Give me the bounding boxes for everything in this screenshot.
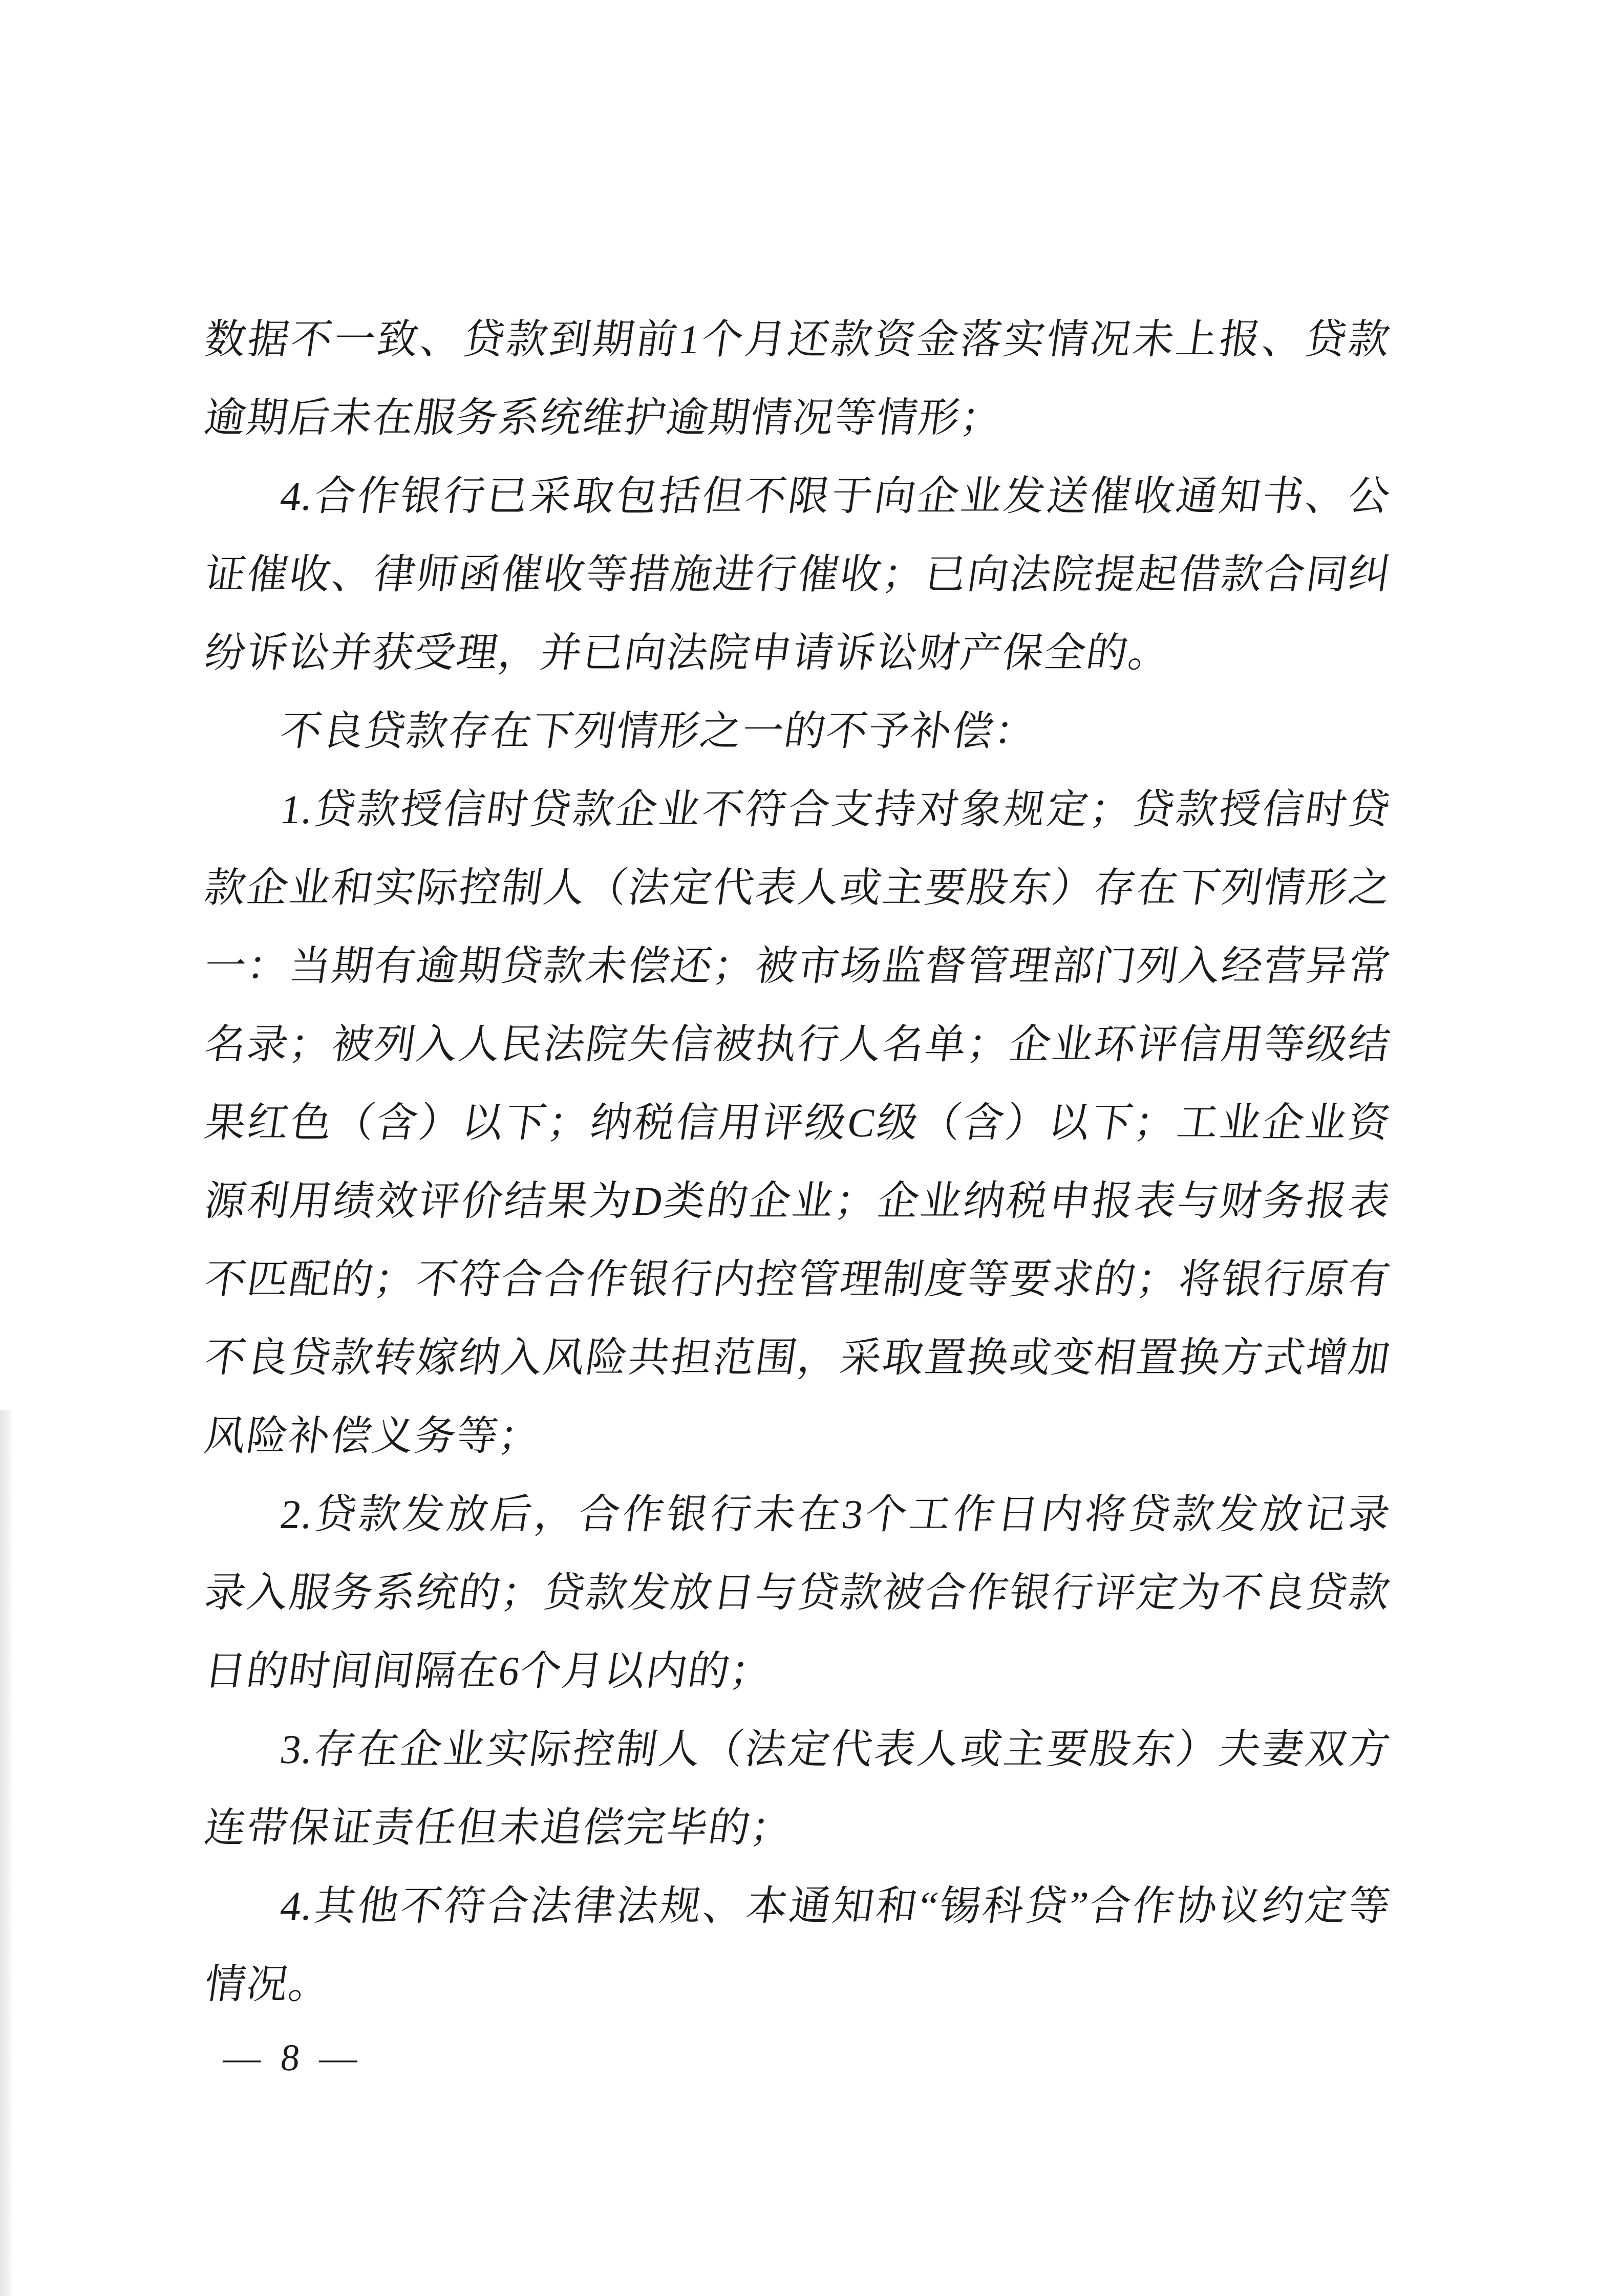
- text-line: 数据不一致、贷款到期前1个月还款资金落实情况未上报、贷款: [199, 301, 1396, 379]
- text-line: 果红色（含）以下；纳税信用评级C级（含）以下；工业企业资: [199, 1084, 1396, 1163]
- text-line: 不良贷款存在下列情形之一的不予补偿：: [199, 693, 1396, 771]
- text-line: 4.合作银行已采取包括但不限于向企业发送催收通知书、公: [199, 458, 1396, 536]
- body-text: 数据不一致、贷款到期前1个月还款资金落实情况未上报、贷款逾期后未在服务系统维护逾…: [204, 301, 1390, 2024]
- text-line: 不良贷款转嫁纳入风险共担范围，采取置换或变相置换方式增加: [199, 1319, 1396, 1398]
- text-line: 纷诉讼并获受理，并已向法院申请诉讼财产保全的。: [199, 614, 1396, 693]
- text-line: 3.存在企业实际控制人（法定代表人或主要股东）夫妻双方: [199, 1711, 1396, 1789]
- text-line: 证催收、律师函催收等措施进行催收；已向法院提起借款合同纠: [199, 536, 1396, 614]
- text-line: 一：当期有逾期贷款未偿还；被市场监督管理部门列入经营异常: [199, 928, 1396, 1006]
- text-line: 1.贷款授信时贷款企业不符合支持对象规定；贷款授信时贷: [199, 771, 1396, 849]
- text-line: 款企业和实际控制人（法定代表人或主要股东）存在下列情形之: [199, 849, 1396, 928]
- text-line: 4.其他不符合法律法规、本通知和“锡科贷”合作协议约定等: [199, 1868, 1396, 1946]
- text-line: 不匹配的；不符合合作银行内控管理制度等要求的；将银行原有: [199, 1241, 1396, 1319]
- text-line: 情况。: [199, 1946, 1396, 2024]
- text-line: 名录；被列入人民法院失信被执行人名单；企业环评信用等级结: [199, 1006, 1396, 1084]
- text-line: 逾期后未在服务系统维护逾期情况等情形；: [199, 379, 1396, 458]
- text-line: 风险补偿义务等；: [199, 1398, 1396, 1476]
- text-line: 连带保证责任但未追偿完毕的；: [199, 1789, 1396, 1868]
- text-line: 录入服务系统的；贷款发放日与贷款被合作银行评定为不良贷款: [199, 1554, 1396, 1633]
- scan-artifact-left-edge: [0, 1410, 12, 2296]
- text-line: 日的时间间隔在6个月以内的；: [199, 1633, 1396, 1711]
- document-page: 数据不一致、贷款到期前1个月还款资金落实情况未上报、贷款逾期后未在服务系统维护逾…: [0, 0, 1622, 2296]
- text-line: 源利用绩效评价结果为D类的企业；企业纳税申报表与财务报表: [199, 1163, 1396, 1241]
- text-line: 2.贷款发放后，合作银行未在3个工作日内将贷款发放记录: [199, 1476, 1396, 1554]
- page-number: — 8 —: [221, 2036, 365, 2080]
